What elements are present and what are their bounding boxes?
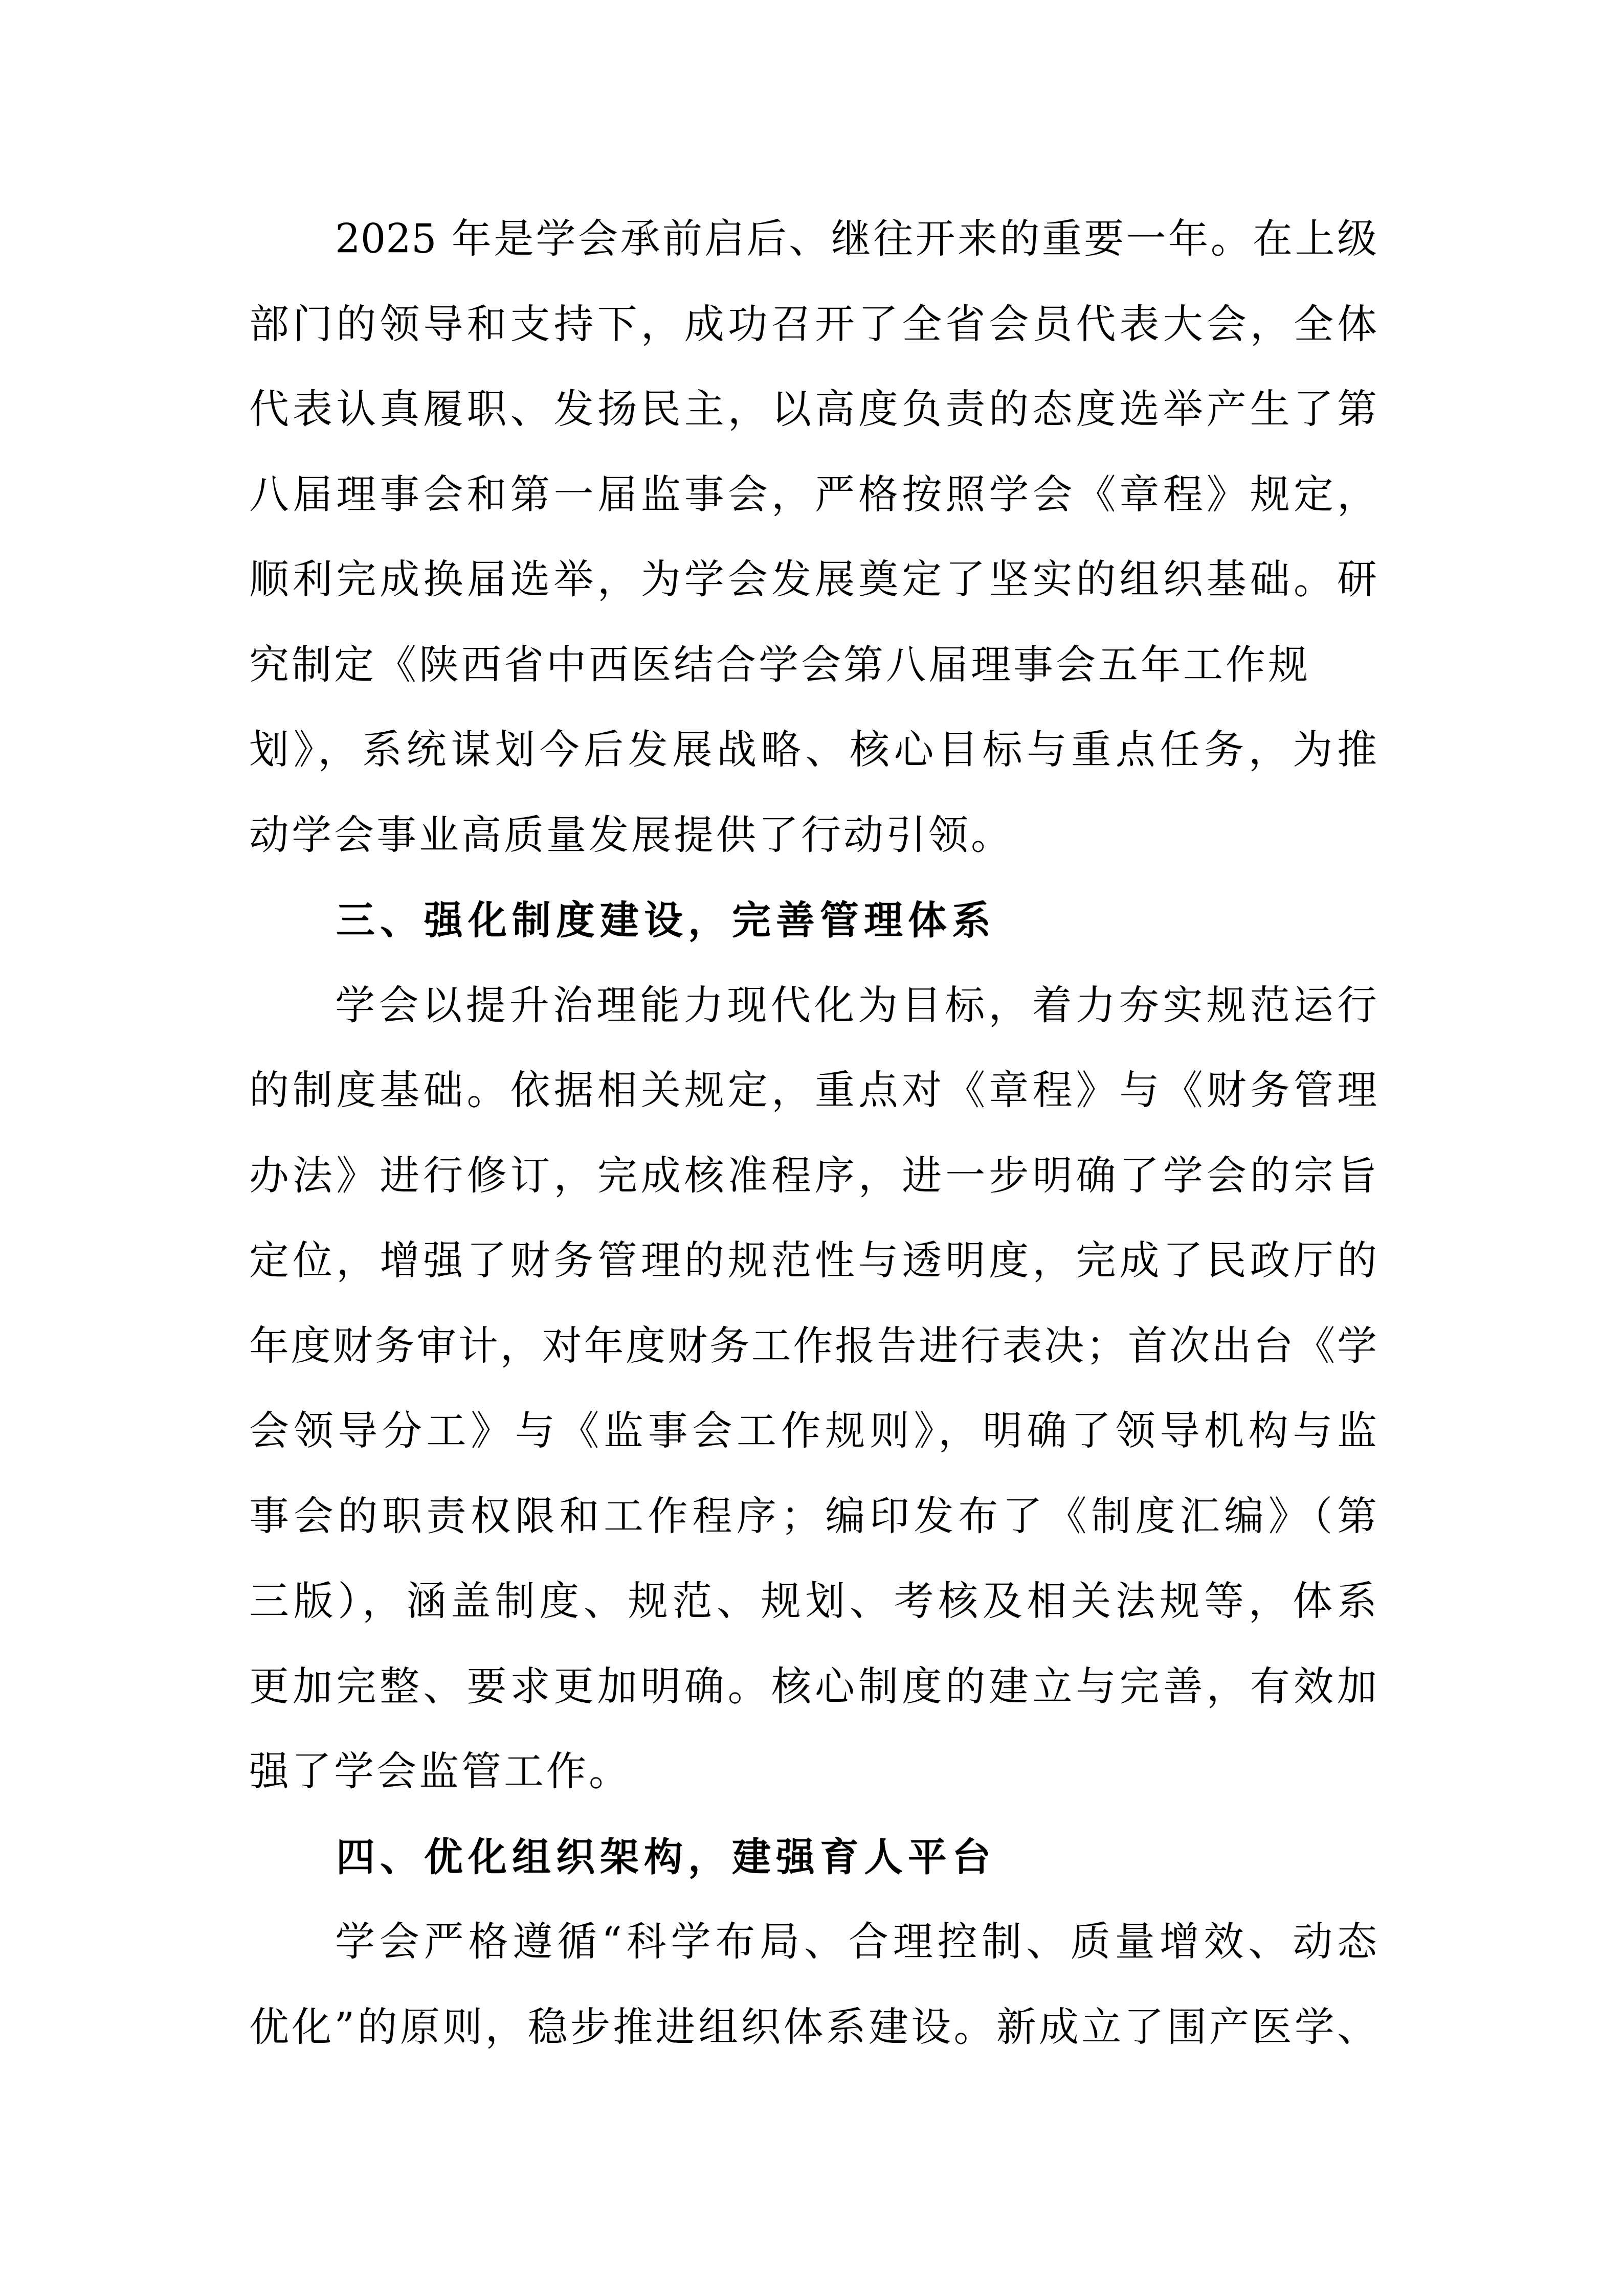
paragraph-annual-summary: 2025 年是学会承前启后、继往开来的重要一年。在上级 部门的领导和支持下，成功… — [249, 197, 1377, 878]
paragraph-institution-building: 学会以提升治理能力现代化为目标，着力夯实规范运行 的制度基础。依据相关规定，重点… — [249, 963, 1377, 1815]
text-line: 的制度基础。依据相关规定，重点对《章程》与《财务管理 — [249, 1048, 1377, 1134]
text-line: 动学会事业高质量发展提供了行动引领。 — [249, 793, 1377, 879]
document-page: 2025 年是学会承前启后、继往开来的重要一年。在上级 部门的领导和支持下，成功… — [0, 0, 1624, 2296]
text-line: 2025 年是学会承前启后、继往开来的重要一年。在上级 — [249, 197, 1377, 282]
section-heading-3: 三、强化制度建设，完善管理体系 — [249, 878, 1377, 963]
text-line: 会领导分工》与《监事会工作规则》，明确了领导机构与监 — [249, 1389, 1377, 1474]
text-line: 更加完整、要求更加明确。核心制度的建立与完善，有效加 — [249, 1645, 1377, 1730]
text-line: 年度财务审计，对年度财务工作报告进行表决；首次出台《学 — [249, 1304, 1377, 1389]
text-line: 优化”的原则，稳步推进组织体系建设。新成立了围产医学、 — [249, 1985, 1377, 2070]
text-line: 事会的职责权限和工作程序；编印发布了《制度汇编》（第 — [249, 1474, 1377, 1560]
text-line: 学会以提升治理能力现代化为目标，着力夯实规范运行 — [249, 963, 1377, 1049]
text-line: 八届理事会和第一届监事会，严格按照学会《章程》规定， — [249, 453, 1377, 538]
text-line: 办法》进行修订，完成核准程序，进一步明确了学会的宗旨 — [249, 1134, 1377, 1219]
text-line: 定位，增强了财务管理的规范性与透明度，完成了民政厅的 — [249, 1219, 1377, 1304]
text-line: 学会严格遵循“科学布局、合理控制、质量增效、动态 — [249, 1900, 1377, 1985]
text-line: 三版），涵盖制度、规范、规划、考核及相关法规等，体系 — [249, 1559, 1377, 1645]
document-body: 2025 年是学会承前启后、继往开来的重要一年。在上级 部门的领导和支持下，成功… — [249, 197, 1377, 2070]
text-line: 究制定《陕西省中西医结合学会第八届理事会五年工作规 — [249, 623, 1377, 708]
text-line: 部门的领导和支持下，成功召开了全省会员代表大会，全体 — [249, 282, 1377, 368]
paragraph-organization-structure: 学会严格遵循“科学布局、合理控制、质量增效、动态 优化”的原则，稳步推进组织体系… — [249, 1900, 1377, 2070]
text-line: 强了学会监管工作。 — [249, 1729, 1377, 1815]
section-heading-4: 四、优化组织架构，建强育人平台 — [249, 1815, 1377, 1900]
text-line: 顺利完成换届选举，为学会发展奠定了坚实的组织基础。研 — [249, 537, 1377, 623]
text-line: 划》，系统谋划今后发展战略、核心目标与重点任务，为推 — [249, 708, 1377, 793]
text-line: 代表认真履职、发扬民主，以高度负责的态度选举产生了第 — [249, 367, 1377, 453]
